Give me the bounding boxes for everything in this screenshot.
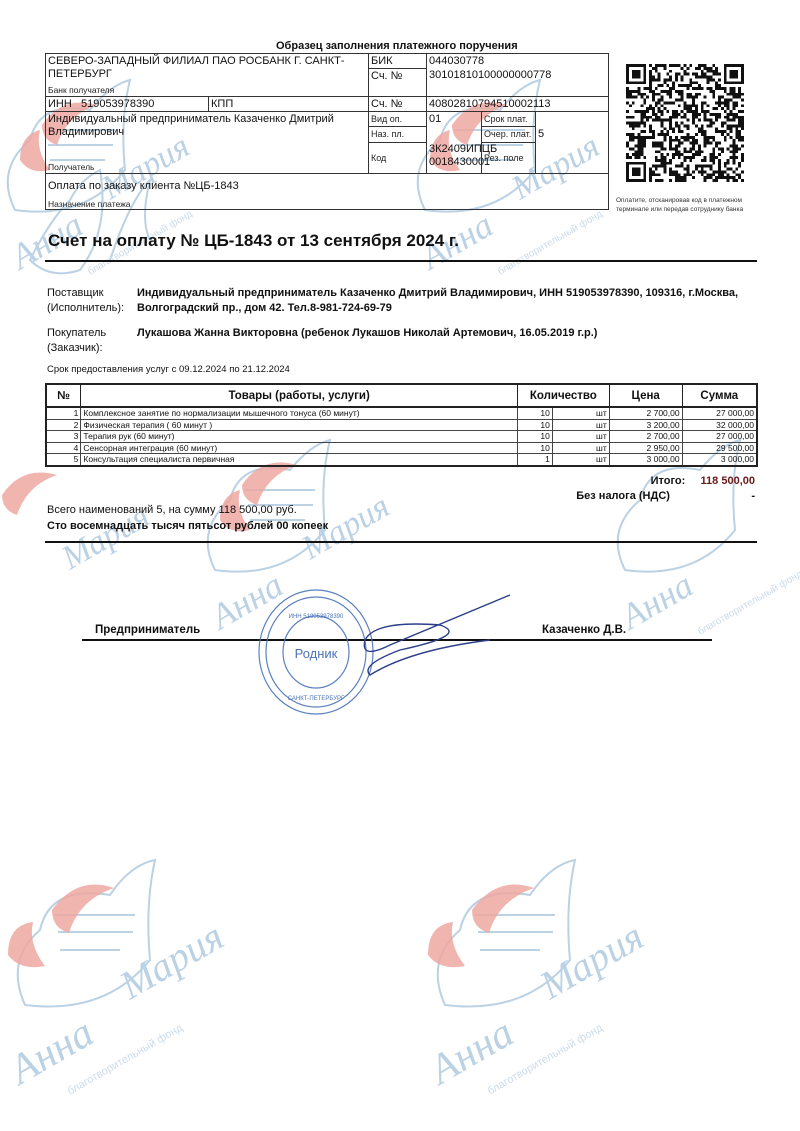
supplier-label-line1: Поставщик [47, 286, 124, 301]
item-sum: 29 500,00 [682, 442, 757, 454]
vat-label: Без налога (НДС) [576, 490, 670, 502]
qr-caption: Оплатите, отсканировав код в платежном т… [616, 197, 766, 214]
corr-account-label: Сч. № [368, 68, 426, 96]
item-qty: 10 [517, 431, 552, 443]
header-qty: Количество [517, 384, 609, 407]
signatory-role: Предприниматель [95, 624, 200, 636]
header-price: Цена [609, 384, 682, 407]
signatory-name: Казаченко Д.В. [542, 624, 626, 636]
item-sum: 32 000,00 [682, 419, 757, 431]
header-goods: Товары (работы, услуги) [81, 384, 517, 407]
item-unit: шт [552, 454, 609, 466]
item-num: 5 [46, 454, 81, 466]
table-row: 5Консультация специалиста первичная1шт3 … [46, 454, 757, 466]
handwritten-signature-icon [330, 590, 520, 680]
item-name: Консультация специалиста первичная [81, 454, 517, 466]
kpp-cell: КПП [208, 96, 368, 111]
invoice-title: Счет на оплату № ЦБ-1843 от 13 сентября … [48, 231, 459, 251]
item-num: 3 [46, 431, 81, 443]
items-table: № Товары (работы, услуги) Количество Цен… [45, 383, 758, 467]
item-qty: 1 [517, 454, 552, 466]
payment-form-title: Образец заполнения платежного поручения [276, 40, 518, 52]
buyer-value: Лукашова Жанна Викторовна (ребенок Лукаш… [137, 326, 762, 341]
item-price: 3 000,00 [609, 454, 682, 466]
service-period: Срок предоставления услуг с 09.12.2024 п… [47, 364, 290, 375]
pay-term-label: Срок плат. [481, 111, 535, 126]
item-num: 2 [46, 419, 81, 431]
vat-line: Без налога (НДС) - [576, 490, 755, 502]
account-value: 40802810794510002113 [426, 96, 609, 111]
item-price: 3 200,00 [609, 419, 682, 431]
summary-divider [45, 541, 757, 543]
total-label: Итого: [651, 475, 686, 487]
bank-name: СЕВЕРО-ЗАПАДНЫЙ ФИЛИАЛ ПАО РОСБАНК Г. СА… [48, 55, 348, 81]
item-sum: 27 000,00 [682, 431, 757, 443]
item-num: 1 [46, 407, 81, 419]
table-header-row: № Товары (работы, услуги) Количество Цен… [46, 384, 757, 407]
code-value: 3К2409ИПЦБ 0018430001 [426, 142, 481, 173]
inn-cell: ИНН 519053978390 [46, 96, 208, 111]
qr-code-icon [626, 64, 744, 182]
svg-text:Анна: Анна [420, 1010, 521, 1096]
item-name: Сенсорная интеграция (60 минут) [81, 442, 517, 454]
supplier-label-line2: (Исполнитель): [47, 301, 124, 316]
item-sum: 27 000,00 [682, 407, 757, 419]
item-qty: 10 [517, 442, 552, 454]
inn-label: ИНН [48, 98, 72, 110]
item-num: 4 [46, 442, 81, 454]
item-price: 2 700,00 [609, 431, 682, 443]
item-unit: шт [552, 419, 609, 431]
priority-label: Очер. плат. [481, 126, 535, 142]
title-divider [45, 260, 757, 262]
watermark-logo-icon: Мария Анна благотворительный фонд [420, 850, 720, 1110]
item-name: Комплексное занятие по нормализации мыше… [81, 407, 517, 419]
item-sum: 3 000,00 [682, 454, 757, 466]
item-price: 2 950,00 [609, 442, 682, 454]
total-line: Итого: 118 500,00 [651, 475, 755, 487]
header-sum: Сумма [682, 384, 757, 407]
bank-label: Банк получателя [48, 85, 114, 95]
bik-value: 044030778 [426, 54, 609, 68]
svg-text:благотворительный фонд: благотворительный фонд [66, 1022, 186, 1098]
item-qty: 10 [517, 407, 552, 419]
pay-purpose-label: Наз. пл. [368, 126, 426, 142]
svg-text:благотворительный фонд: благотворительный фонд [696, 568, 800, 638]
table-row: 4Сенсорная интеграция (60 минут)10шт2 95… [46, 442, 757, 454]
svg-text:Мария: Мария [111, 913, 231, 1008]
op-type-label: Вид оп. [368, 111, 426, 126]
priority-value: 5 [535, 111, 609, 173]
recipient-name: Индивидуальный предприниматель Казаченко… [48, 113, 358, 139]
supplier-value: Индивидуальный предприниматель Казаченко… [137, 286, 762, 316]
account-label: Сч. № [368, 96, 426, 111]
total-value: 118 500,00 [701, 475, 755, 487]
item-name: Физическая терапия ( 60 минут ) [81, 419, 517, 431]
buyer-label: Покупатель (Заказчик): [47, 326, 106, 356]
svg-text:САНКТ-ПЕТЕРБУРГ: САНКТ-ПЕТЕРБУРГ [288, 696, 345, 702]
item-unit: шт [552, 442, 609, 454]
recipient-cell: Индивидуальный предприниматель Казаченко… [46, 111, 368, 173]
op-type-value: 01 [426, 111, 481, 142]
header-num: № [46, 384, 81, 407]
svg-text:благотворительный фонд: благотворительный фонд [496, 208, 605, 278]
table-row: 1Комплексное занятие по нормализации мыш… [46, 407, 757, 419]
bank-name-cell: СЕВЕРО-ЗАПАДНЫЙ ФИЛИАЛ ПАО РОСБАНК Г. СА… [46, 54, 368, 96]
watermark-logo-icon: Мария Анна благотворительный фонд [0, 850, 300, 1110]
summary-line: Всего наименований 5, на сумму 118 500,0… [47, 504, 297, 516]
payment-details-form: СЕВЕРО-ЗАПАДНЫЙ ФИЛИАЛ ПАО РОСБАНК Г. СА… [45, 53, 609, 210]
reserved-label: Рез. поле [481, 142, 535, 173]
table-row: 3Терапия рук (60 минут)10шт2 700,0027 00… [46, 431, 757, 443]
purpose-cell: Оплата по заказу клиента №ЦБ-1843 Назнач… [46, 173, 608, 210]
kpp-label: КПП [211, 98, 233, 110]
buyer-label-line2: (Заказчик): [47, 341, 106, 356]
svg-text:благотворительный фонд: благотворительный фонд [486, 1022, 606, 1098]
item-unit: шт [552, 407, 609, 419]
item-qty: 10 [517, 419, 552, 431]
item-name: Терапия рук (60 минут) [81, 431, 517, 443]
item-unit: шт [552, 431, 609, 443]
amount-in-words: Сто восемнадцать тысяч пятьсот рублей 00… [47, 520, 328, 532]
bik-label: БИК [368, 54, 426, 68]
inn-value: 519053978390 [81, 98, 154, 110]
vat-value: - [673, 490, 755, 502]
svg-text:Мария: Мария [531, 913, 651, 1008]
purpose-text: Оплата по заказу клиента №ЦБ-1843 [48, 175, 606, 193]
purpose-label: Назначение платежа [48, 199, 131, 209]
table-row: 2Физическая терапия ( 60 минут )10шт3 20… [46, 419, 757, 431]
code-label: Код [368, 142, 426, 173]
corr-account-value: 30101810100000000778 [426, 68, 609, 96]
svg-text:Анна: Анна [0, 1010, 101, 1096]
item-price: 2 700,00 [609, 407, 682, 419]
recipient-label: Получатель [48, 162, 94, 172]
supplier-label: Поставщик (Исполнитель): [47, 286, 124, 316]
buyer-label-line1: Покупатель [47, 326, 106, 341]
